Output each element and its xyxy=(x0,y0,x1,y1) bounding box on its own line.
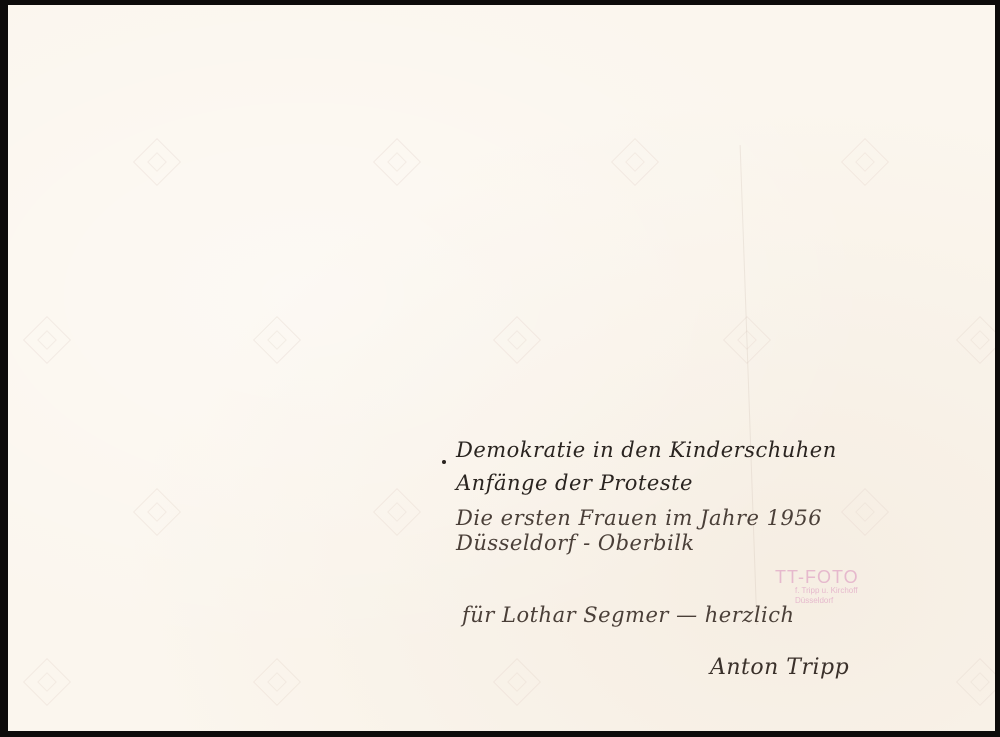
photographer-stamp: TT-FOTO f. Tripp u. Kirchoff Düsseldorf xyxy=(775,568,859,607)
watermark-icon xyxy=(611,138,659,186)
watermark-icon xyxy=(841,488,889,536)
watermark-icon xyxy=(133,488,181,536)
signature: Anton Tripp xyxy=(710,655,849,680)
watermark-icon xyxy=(23,658,71,706)
watermark-icon xyxy=(373,488,421,536)
stamp-line-2: Düsseldorf xyxy=(795,596,859,606)
caption-line-2: Anfänge der Proteste xyxy=(456,473,837,494)
watermark-icon xyxy=(133,138,181,186)
caption-line-1: Demokratie in den Kinderschuhen xyxy=(456,440,837,461)
caption-line-4: Düsseldorf - Oberbilk xyxy=(456,533,837,554)
watermark-icon xyxy=(956,316,995,364)
bullet-dot xyxy=(442,460,446,464)
watermark-icon xyxy=(253,658,301,706)
handwritten-caption: Demokratie in den Kinderschuhen Anfänge … xyxy=(456,440,837,554)
caption-line-3: Die ersten Frauen im Jahre 1956 xyxy=(456,508,837,529)
watermark-icon xyxy=(956,658,995,706)
dedication-text: für Lothar Segmer — herzlich xyxy=(462,605,795,626)
watermark-icon xyxy=(841,138,889,186)
dedication-line: für Lothar Segmer — herzlich xyxy=(462,605,795,626)
watermark-icon xyxy=(253,316,301,364)
watermark-icon xyxy=(23,316,71,364)
watermark-icon xyxy=(373,138,421,186)
stamp-line-1: f. Tripp u. Kirchoff xyxy=(795,586,859,596)
watermark-icon xyxy=(493,658,541,706)
stamp-title: TT-FOTO xyxy=(775,568,859,586)
watermark-icon xyxy=(493,316,541,364)
